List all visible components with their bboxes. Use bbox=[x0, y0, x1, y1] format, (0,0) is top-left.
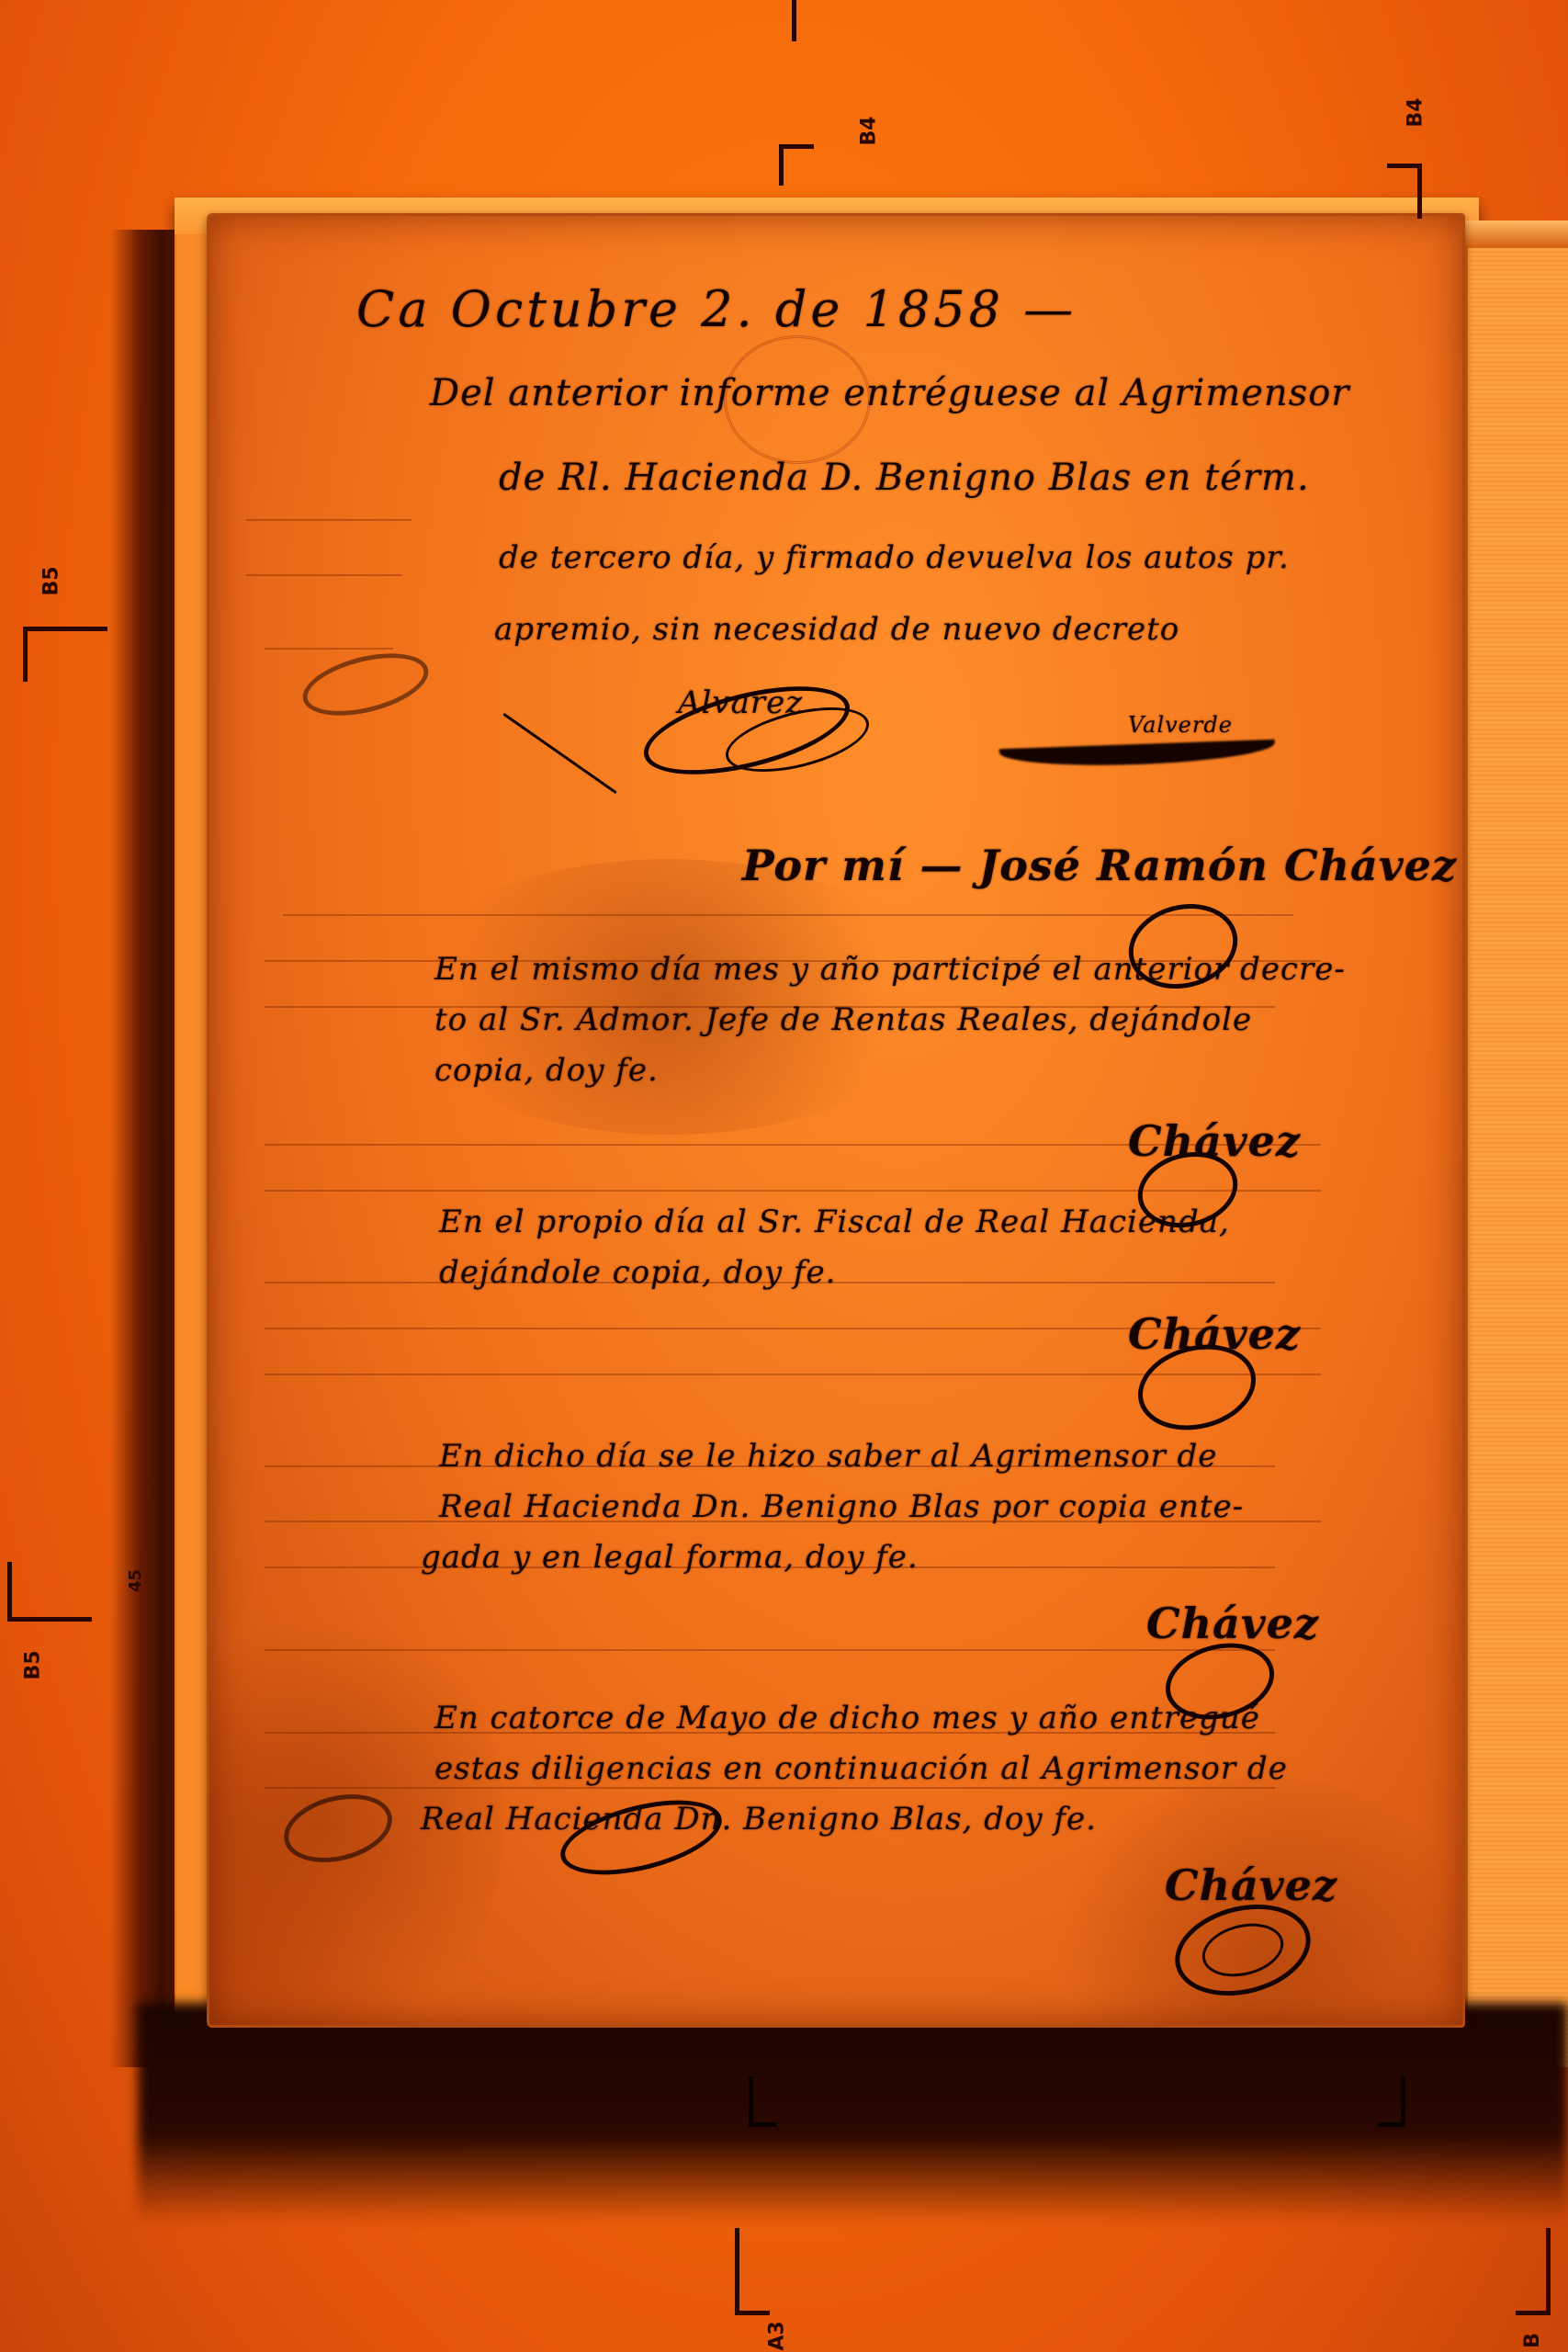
left-spine-shadow bbox=[110, 230, 184, 2067]
bleed-through-line bbox=[246, 519, 412, 521]
bleed-through-line bbox=[246, 574, 402, 576]
entry-3-signature: Chávez bbox=[1146, 1599, 1319, 1648]
manuscript-page: Ca Octubre 2. de 1858 — Del anterior inf… bbox=[207, 213, 1465, 2028]
signature-stroke bbox=[502, 713, 617, 794]
crop-marker-left-lower bbox=[7, 1562, 92, 1622]
crop-marker-top-left bbox=[779, 144, 814, 186]
bleed-through-line bbox=[283, 914, 1293, 916]
facing-page-edge bbox=[1465, 220, 1568, 2067]
bleed-through-line bbox=[265, 648, 393, 650]
decree-line: apremio, sin necesidad de nuevo decreto bbox=[494, 611, 1179, 648]
crop-marker-top-tick bbox=[792, 0, 796, 41]
entry-4-line: estas diligencias en continuación al Agr… bbox=[434, 1750, 1288, 1787]
bleed-through-line bbox=[265, 1649, 1275, 1651]
stain bbox=[393, 859, 944, 1135]
crop-marker-bottom-left bbox=[735, 2228, 770, 2315]
entry-1-line: to al Sr. Admor. Jefe de Rentas Reales, … bbox=[434, 1001, 1252, 1038]
crop-marker-shadowed-left bbox=[749, 2076, 776, 2127]
bottom-shadow bbox=[138, 2003, 1568, 2223]
entry-3-line: En dicho día se le hizo saber al Agrimen… bbox=[439, 1438, 1217, 1475]
decree-line: Del anterior informe entréguese al Agrim… bbox=[430, 372, 1349, 414]
crop-marker-shadowed-right bbox=[1378, 2076, 1405, 2127]
decree-line: de Rl. Hacienda D. Benigno Blas en térm. bbox=[499, 457, 1310, 499]
marker-label-bottom-left: A3 bbox=[766, 2321, 789, 2350]
crop-marker-bottom-right bbox=[1516, 2228, 1551, 2315]
bleed-through-line bbox=[265, 1787, 1275, 1789]
crop-marker-top-right bbox=[1387, 164, 1422, 219]
marker-label-top-right: B4 bbox=[1404, 97, 1427, 127]
facing-page-top bbox=[1465, 220, 1568, 248]
marker-label-left-upper: B5 bbox=[40, 566, 63, 595]
entry-4-line: En catorce de Mayo de dicho mes y año en… bbox=[434, 1700, 1260, 1736]
entry-4-line: Real Hacienda Dn. Benigno Blas, doy fe. bbox=[421, 1801, 1097, 1837]
marker-label-bottom-right: B bbox=[1521, 2333, 1544, 2348]
entry-3-line: gada y en legal forma, doy fe. bbox=[421, 1539, 919, 1576]
margin-flourish bbox=[297, 642, 434, 727]
entry-4-signature: Chávez bbox=[1165, 1860, 1337, 1910]
entry-2-line: En el propio día al Sr. Fiscal de Real H… bbox=[439, 1204, 1230, 1240]
entry-2-line: dejándole copia, doy fe. bbox=[439, 1254, 836, 1291]
clerk-signature: Por mí — José Ramón Chávez bbox=[742, 841, 1457, 890]
entry-1-line: En el mismo día mes y año participé el a… bbox=[434, 951, 1346, 988]
date-heading: Ca Octubre 2. de 1858 — bbox=[356, 280, 1077, 338]
spine-edge-number: 45 bbox=[126, 1569, 145, 1592]
signature-valverde: Valverde bbox=[1128, 712, 1233, 738]
entry-3-line: Real Hacienda Dn. Benigno Blas por copia… bbox=[439, 1488, 1244, 1525]
crop-marker-left-upper bbox=[23, 627, 107, 682]
entry-1-line: copia, doy fe. bbox=[434, 1052, 659, 1089]
marker-label-left-lower: B5 bbox=[22, 1650, 45, 1679]
marker-label-top-left: B4 bbox=[858, 116, 881, 145]
signature-flourish bbox=[999, 740, 1276, 769]
decree-line: de tercero día, y firmado devuelva los a… bbox=[499, 539, 1290, 576]
